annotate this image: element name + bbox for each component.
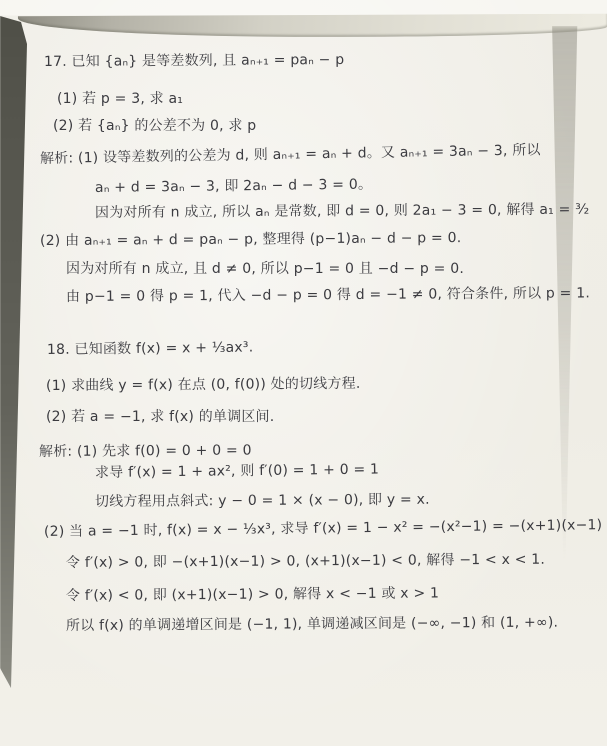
problem-18-solution1-line3: 切线方程用点斜式: y − 0 = 1 × (x − 0), 即 y = x. — [95, 490, 430, 512]
problem-18-solution2-line1: (2) 当 a = −1 时, f(x) = x − ⅓x³, 求导 f′(x)… — [44, 515, 602, 542]
problem-17-solution1-line1: 解析: (1) 设等差数列的公差为 d, 则 aₙ₊₁ = aₙ + d。又 a… — [40, 140, 541, 169]
problem-17-statement: 17. 已知 {aₙ} 是等差数列, 且 aₙ₊₁ = paₙ − p — [44, 50, 344, 72]
problem-18-part1: (1) 求曲线 y = f(x) 在点 (0, f(0)) 处的切线方程. — [46, 374, 361, 396]
problem-17-solution2-line1: (2) 由 aₙ₊₁ = aₙ + d = paₙ − p, 整理得 (p−1)… — [40, 228, 462, 251]
problem-18-solution2-line4: 所以 f(x) 的单调递增区间是 (−1, 1), 单调递减区间是 (−∞, −… — [66, 613, 558, 636]
problem-17-solution2-line3: 由 p−1 = 0 得 p = 1, 代入 −d − p = 0 得 d = −… — [66, 283, 590, 307]
table-edge-shadow — [0, 0, 34, 746]
page-top-curl-shadow — [18, 14, 607, 39]
problem-18-part2: (2) 若 a = −1, 求 f(x) 的单调区间. — [46, 407, 274, 427]
problem-18-solution2-line3: 令 f′(x) < 0, 即 (x+1)(x−1) > 0, 解得 x < −1… — [66, 583, 439, 606]
problem-17-solution2-line2: 因为对所有 n 成立, 且 d ≠ 0, 所以 p−1 = 0 且 −d − p… — [66, 259, 464, 279]
worksheet-photo: 17. 已知 {aₙ} 是等差数列, 且 aₙ₊₁ = paₙ − p (1) … — [0, 0, 607, 746]
problem-18-solution1-line2: 求导 f′(x) = 1 + ax², 则 f′(0) = 1 + 0 = 1 — [95, 460, 379, 483]
problem-17-solution1-line3: 因为对所有 n 成立, 所以 aₙ 是常数, 即 d = 0, 则 2a₁ − … — [95, 200, 590, 223]
problem-17-part1: (1) 若 p = 3, 求 a₁ — [57, 89, 183, 109]
problem-18-solution2-line2: 令 f′(x) > 0, 即 −(x+1)(x−1) > 0, (x+1)(x−… — [66, 550, 545, 573]
problem-18-solution1-line1: 解析: (1) 先求 f(0) = 0 + 0 = 0 — [39, 441, 252, 462]
problem-18-statement: 18. 已知函数 f(x) = x + ⅓ax³. — [47, 337, 254, 360]
problem-17-part2: (2) 若 {aₙ} 的公差不为 0, 求 p — [53, 116, 256, 136]
problem-17-solution1-line2: aₙ + d = 3aₙ − 3, 即 2aₙ − d − 3 = 0。 — [95, 175, 372, 198]
